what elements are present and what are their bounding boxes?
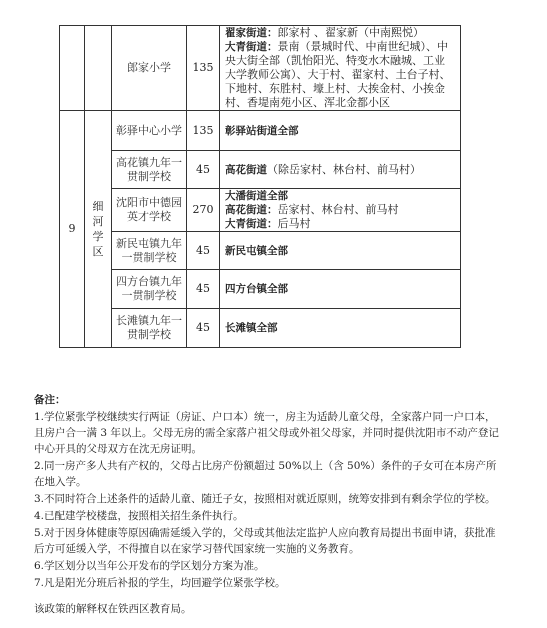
range-cell: 新民屯镇全部 (220, 232, 461, 270)
range-detail: （除岳家村、林台村、前马村） (267, 163, 421, 176)
note-item-2: 2.同一房产多人共有产权的，父母占比房产份额超过 50%以上（含 50%）条件的… (34, 458, 504, 490)
range-street: 彰驿站街道全部 (225, 125, 299, 137)
range-street: 翟家街道： (225, 27, 278, 39)
table-row: 四方台镇九年一贯制学校45四方台镇全部 (60, 270, 461, 309)
school-name: 新民屯镇九年一贯制学校 (112, 232, 187, 270)
range-cell: 四方台镇全部 (220, 270, 461, 309)
note-item-4: 4.已配建学校楼盘，按照相关招生条件执行。 (34, 508, 504, 524)
range-line: 新民屯镇全部 (225, 244, 455, 258)
range-detail: 岳家村、林台村、前马村 (278, 203, 399, 216)
range-cell: 大潘街道全部高花街道：岳家村、林台村、前马村大青街道：后马村 (220, 189, 461, 232)
table-row: 沈阳市中德园英才学校270大潘街道全部高花街道：岳家村、林台村、前马村大青街道：… (60, 189, 461, 232)
school-name: 沈阳市中德园英才学校 (112, 189, 187, 232)
district-area: 细河学区 (85, 111, 112, 348)
enrollment-quota: 45 (187, 309, 220, 348)
school-name: 郎家小学 (112, 26, 187, 111)
range-line: 翟家街道：郎家村 、翟家新（中南熙悦） (225, 26, 455, 40)
range-detail: 郎家村 、翟家新（中南熙悦） (278, 26, 425, 39)
range-line: 高花街道（除岳家村、林台村、前马村） (225, 163, 455, 177)
note-item-5: 5.对于因身体健康等原因确需延缓入学的，父母或其他法定监护人应向教育局提出书面申… (34, 525, 504, 557)
note-item-6: 6.学区划分以当年公开发布的学区划分方案为准。 (34, 558, 504, 574)
district-area-cell (85, 26, 112, 111)
range-street: 高花街道 (225, 164, 267, 176)
range-cell: 翟家街道：郎家村 、翟家新（中南熙悦）大青街道：景南（景城时代、中南世纪城）、中… (220, 26, 461, 111)
range-street: 四方台镇全部 (225, 283, 288, 295)
table-row: 新民屯镇九年一贯制学校45新民屯镇全部 (60, 232, 461, 270)
range-street: 高花街道： (225, 204, 278, 216)
table-row: 长滩镇九年一贯制学校45长滩镇全部 (60, 309, 461, 348)
district-no: 9 (60, 111, 85, 348)
school-name: 高花镇九年一贯制学校 (112, 151, 187, 189)
school-name: 四方台镇九年一贯制学校 (112, 270, 187, 309)
range-street: 大青街道： (225, 41, 278, 53)
note-item-3: 3.不同时符合上述条件的适龄儿童、随迁子女，按照相对就近原则，统筹安排到有剩余学… (34, 491, 504, 507)
enrollment-quota: 270 (187, 189, 220, 232)
range-line: 长滩镇全部 (225, 321, 455, 335)
notes-title: 备注： (34, 392, 504, 408)
range-street: 大青街道： (225, 218, 278, 230)
table-row: 郎家小学135翟家街道：郎家村 、翟家新（中南熙悦）大青街道：景南（景城时代、中… (60, 26, 461, 111)
range-street: 大潘街道全部 (225, 190, 288, 202)
enrollment-quota: 45 (187, 151, 220, 189)
range-line: 四方台镇全部 (225, 282, 455, 296)
enrollment-quota: 135 (187, 111, 220, 151)
table-row: 9细河学区彰驿中心小学135彰驿站街道全部 (60, 111, 461, 151)
range-street: 长滩镇全部 (225, 322, 278, 334)
range-line: 高花街道：岳家村、林台村、前马村 (225, 203, 455, 217)
note-item-7: 7.凡是阳光分班后补报的学生，均回避学位紧张学校。 (34, 575, 504, 591)
range-street: 新民屯镇全部 (225, 245, 288, 257)
notes-section: 备注： 1.学位紧张学校继续实行两证（房证、户口本）统一，房主为适龄儿童父母，全… (34, 392, 504, 592)
note-item-1: 1.学位紧张学校继续实行两证（房证、户口本）统一，房主为适龄儿童父母，全家落户同… (34, 409, 504, 457)
range-detail: 后马村 (278, 217, 311, 230)
table-row: 高花镇九年一贯制学校45高花街道（除岳家村、林台村、前马村） (60, 151, 461, 189)
district-no-cell (60, 26, 85, 111)
school-name: 彰驿中心小学 (112, 111, 187, 151)
range-line: 大青街道：后马村 (225, 217, 455, 231)
school-name: 长滩镇九年一贯制学校 (112, 309, 187, 348)
range-line: 大青街道：景南（景城时代、中南世纪城）、中央大街全部（凯怡阳光、特变水木融城、工… (225, 40, 455, 110)
enrollment-quota: 45 (187, 232, 220, 270)
school-district-table: 郎家小学135翟家街道：郎家村 、翟家新（中南熙悦）大青街道：景南（景城时代、中… (59, 25, 461, 348)
enrollment-quota: 135 (187, 26, 220, 111)
enrollment-quota: 45 (187, 270, 220, 309)
range-line: 大潘街道全部 (225, 189, 455, 203)
policy-interpretation-note: 该政策的解释权在铁西区教育局。 (34, 601, 192, 616)
range-cell: 彰驿站街道全部 (220, 111, 461, 151)
range-cell: 高花街道（除岳家村、林台村、前马村） (220, 151, 461, 189)
range-line: 彰驿站街道全部 (225, 124, 455, 138)
range-cell: 长滩镇全部 (220, 309, 461, 348)
